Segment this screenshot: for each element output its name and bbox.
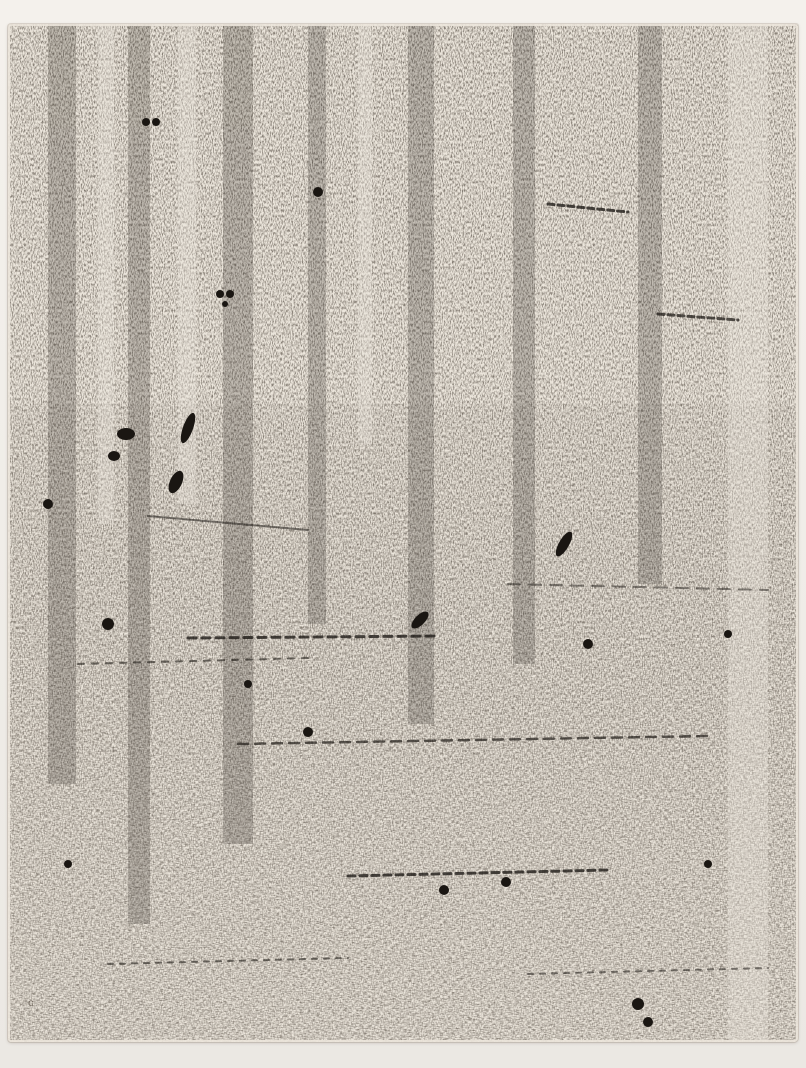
artwork-paper: [8, 24, 798, 1042]
mount-board: c Dense, dark mottled ink texture with v…: [0, 0, 806, 1068]
image-description: Dense, dark mottled ink texture with ver…: [0, 0, 1, 1]
ink-texture: [8, 24, 798, 1042]
pencil-mark: c: [28, 998, 34, 1009]
